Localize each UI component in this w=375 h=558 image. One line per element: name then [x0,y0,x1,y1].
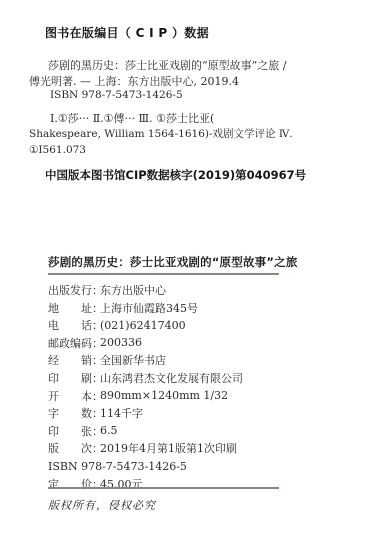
label-char: 版 [48,440,59,456]
colophon-row-label: 印刷 [48,370,96,386]
colophon-row-value: 2019年4月第1版第1次印刷 [100,440,237,456]
label-char: 次 [81,440,92,456]
cip-header: 图书在版编目（ C I P ）数据 [45,24,209,41]
label-char: 价 [81,476,92,492]
cip-classification-line-2: Shakespeare, William 1564-1616)-戏剧文学评论 Ⅳ… [29,126,293,141]
colophon-row: 地址：上海市仙霞路345号 [48,300,198,316]
label-char: 发 [70,282,81,298]
label-char: 刷 [81,370,92,386]
colophon-row-value: 890mm×1240mm 1/32 [100,389,228,402]
colon: ： [92,300,100,316]
label-char: 邮 [48,335,59,351]
colon: ： [92,370,100,386]
label-char: 字 [48,405,59,421]
label-char: 销 [81,352,92,368]
colophon-row: ISBN 978-7-5473-1426-5 [48,458,187,474]
colophon-row-label: 版次 [48,440,96,456]
label-char: 行 [81,282,92,298]
cip-record-number: 中国版本图书馆CIP数据核字(2019)第040967号 [45,167,306,183]
colophon-row-value: 45.00元 [100,476,143,492]
colon: ： [92,317,100,333]
cip-author-publisher-line: 傅光明著. — 上海：东方出版中心, 2019.4 [29,73,239,89]
label-char: 张 [81,423,92,439]
colon: ： [92,282,100,298]
colophon-title: 莎剧的黑历史：莎士比亚戏剧的“原型故事”之旅 [48,254,298,270]
colophon-row-label: 定价 [48,476,96,492]
label-char: 政 [59,335,70,351]
colon: ： [92,405,100,421]
colophon-isbn: ISBN 978-7-5473-1426-5 [48,460,187,473]
colophon-row: 开本：890mm×1240mm 1/32 [48,388,228,404]
colon: ： [92,440,100,456]
label-char: 话 [81,317,92,333]
label-char: 开 [48,388,59,404]
colophon-row: 印刷：山东鸿君杰文化发展有限公司 [48,370,243,386]
cip-classification-line-1: Ⅰ.①莎··· Ⅱ.①傅··· Ⅲ. ①莎士比亚( [50,110,214,126]
colophon-row-value: (021)62417400 [100,319,186,332]
colophon-row-value: 东方出版中心 [100,282,166,298]
colophon-row: 电话：(021)62417400 [48,317,186,333]
colophon-row-label: 出版发行 [48,282,96,298]
label-char: 出 [48,282,59,298]
colon: ： [92,423,100,439]
label-char: 电 [48,317,59,333]
cip-isbn: ISBN 978-7-5473-1426-5 [50,89,183,101]
label-char: 码 [81,335,92,351]
colophon-row-value: 上海市仙霞路345号 [100,300,198,316]
divider-top [48,273,279,275]
label-char: 地 [48,300,59,316]
label-char: 印 [48,423,59,439]
cip-title-line: 莎剧的黑历史：莎士比亚戏剧的“原型故事”之旅 / [48,57,286,73]
label-char: 址 [81,300,92,316]
colophon-row-label: 印张 [48,423,96,439]
divider-bottom [48,487,279,489]
colophon-row-value: 200336 [100,336,142,349]
colophon-row: 定价：45.00元 [48,476,143,492]
colophon-row: 经销：全国新华书店 [48,352,166,368]
colophon-row-value: 114千字 [100,405,143,421]
colophon-row: 邮政编码：200336 [48,335,142,351]
colophon-row-label: 电话 [48,317,96,333]
label-char: 定 [48,476,59,492]
label-char: 数 [81,405,92,421]
colophon-row-label: 字数 [48,405,96,421]
colophon-row: 印张：6.5 [48,423,118,439]
colophon-row-value: 山东鸿君杰文化发展有限公司 [100,370,243,386]
copyright-notice: 版权所有，侵权必究 [48,497,156,513]
label-char: 经 [48,352,59,368]
colophon-row-value: 6.5 [100,424,118,437]
colophon-row: 字数：114千字 [48,405,143,421]
label-char: 本 [81,388,92,404]
colon: ： [92,476,100,492]
colophon-row-label: 地址 [48,300,96,316]
colophon-row: 出版发行：东方出版中心 [48,282,166,298]
colon: ： [92,335,100,351]
cip-classification-line-3: ①I561.073 [29,144,86,156]
colon: ： [92,388,100,404]
colophon-row-label: 开本 [48,388,96,404]
colophon-row-label: 邮政编码 [48,335,96,351]
label-char: 版 [59,282,70,298]
colophon-row-value: 全国新华书店 [100,352,166,368]
colon: ： [92,352,100,368]
colophon-row-label: 经销 [48,352,96,368]
label-char: 编 [70,335,81,351]
label-char: 印 [48,370,59,386]
colophon-row: 版次：2019年4月第1版第1次印刷 [48,440,237,456]
